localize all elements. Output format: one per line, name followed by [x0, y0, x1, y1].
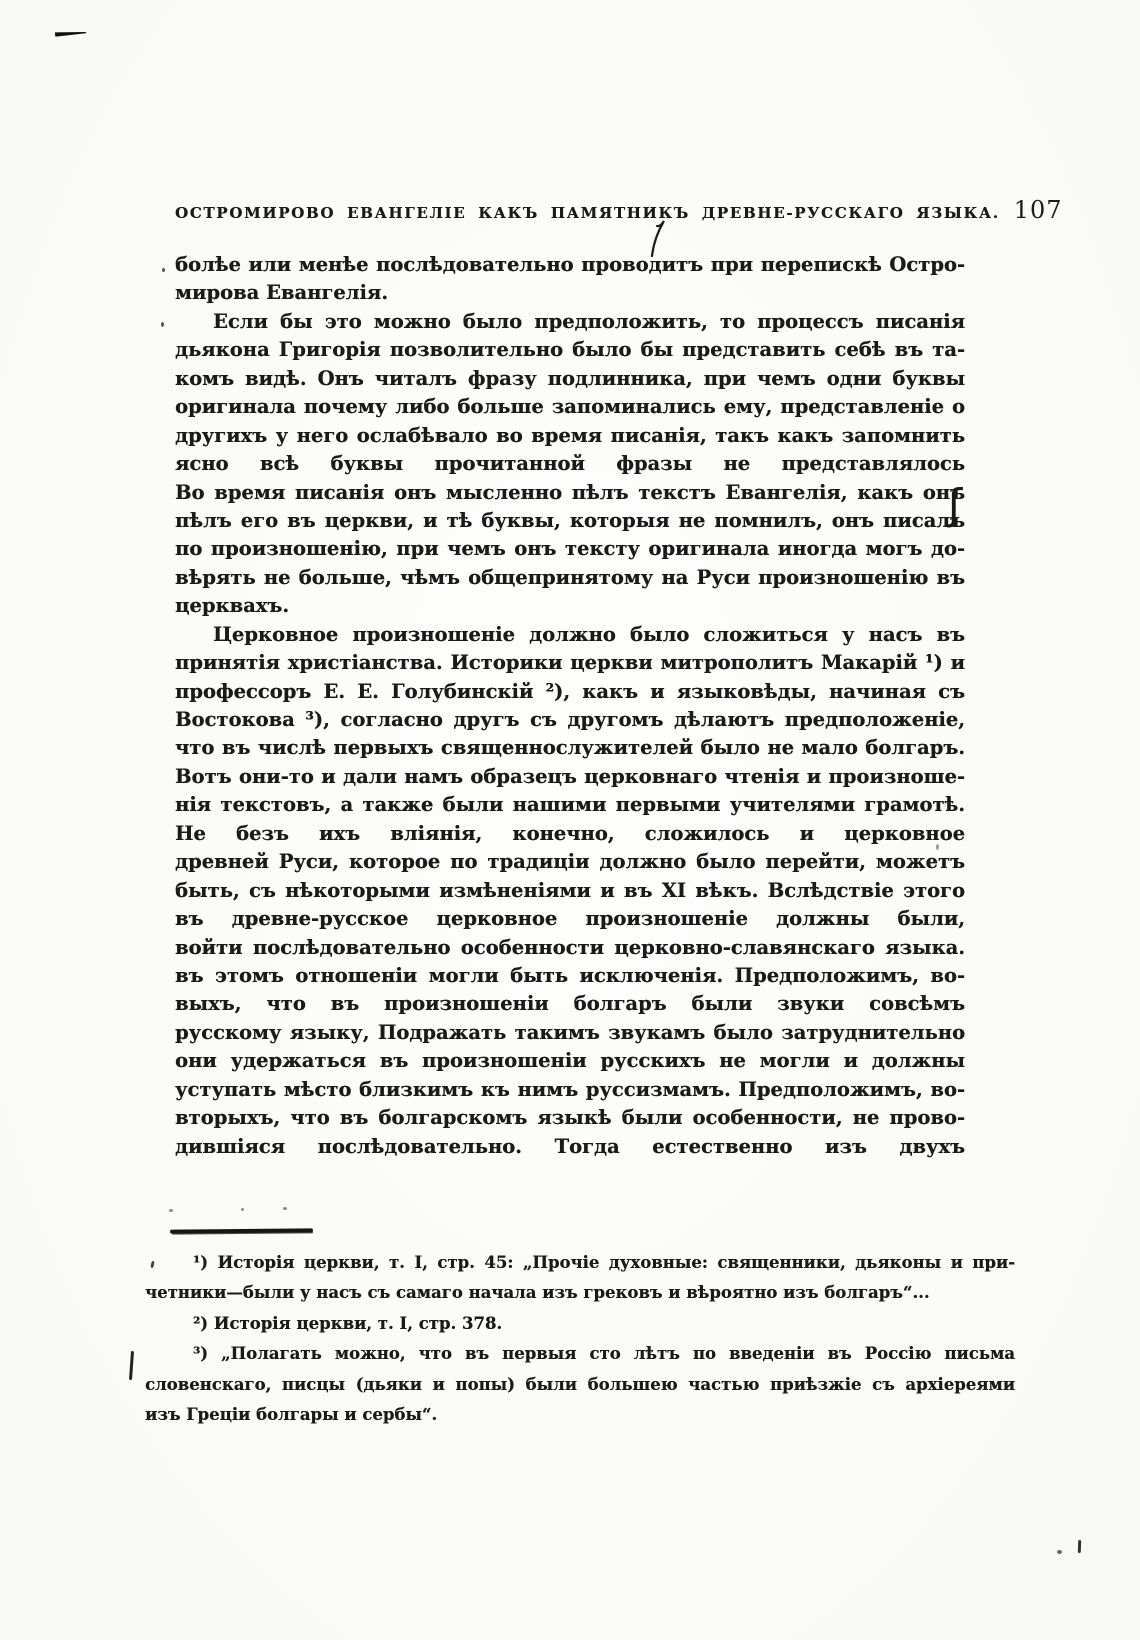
text-line: Не безъ ихъ вліянія, конечно, сложилось … — [175, 820, 965, 848]
pen-stroke-mark — [646, 218, 668, 258]
body-text: болѣе или менѣе послѣдовательно проводит… — [175, 251, 965, 1161]
text-line: Вотъ они-то и дали намъ образецъ церковн… — [175, 763, 965, 791]
running-header-title: ОСТРОМИРОВО ЕВАНГЕЛІЕ КАКЪ ПАМЯТНИКЪ ДРЕ… — [175, 204, 1000, 222]
margin-squiggle-mark: ʃ — [948, 484, 962, 526]
page-number: 107 — [1014, 196, 1063, 224]
footnote-line: словенскаго, писцы (дьяки и попы) были б… — [145, 1370, 1015, 1400]
text-line: древней Руси, которое по традиціи должно… — [175, 848, 965, 876]
text-line: вторыхъ, что въ болгарскомъ языкѣ были о… — [175, 1104, 965, 1132]
ink-speck — [1078, 1540, 1081, 1553]
handwritten-dash-mark — [55, 30, 86, 37]
text-line: дьякона Григорія позволительно было бы п… — [175, 336, 965, 364]
text-line: оригинала почему либо больше запоминалис… — [175, 393, 965, 421]
text-line: въ этомъ отношеніи могли быть исключенія… — [175, 962, 965, 990]
text-line: въ древне-русское церковное произношеніе… — [175, 905, 965, 933]
text-line: нія текстовъ, а также были нашими первым… — [175, 791, 965, 819]
ink-speck — [1057, 1550, 1062, 1554]
text-line: по произношенію, при чемъ онъ тексту ори… — [175, 535, 965, 563]
footnote-line: ²) Исторія церкви, т. I, стр. 378. — [145, 1309, 1015, 1339]
text-line: выхъ, что въ произношеніи болгаръ были з… — [175, 990, 965, 1018]
text-line: Востокова ³), согласно другъ съ другомъ … — [175, 706, 965, 734]
text-line: быть, съ нѣкоторыми измѣненіями и въ XI … — [175, 877, 965, 905]
text-line: другихъ у него ослабѣвало во время писан… — [175, 422, 965, 450]
text-line: Церковное произношеніе должно было сложи… — [175, 621, 965, 649]
footnote-line: изъ Греціи болгары и сербы“. — [145, 1400, 1015, 1430]
text-line: пѣлъ его въ церкви, и тѣ буквы, которыя … — [175, 507, 965, 535]
text-line: уступать мѣсто близкимъ къ нимъ руссизма… — [175, 1076, 965, 1104]
footnotes: ¹) Исторія церкви, т. I, стр. 45: „Прочі… — [145, 1248, 1015, 1430]
text-line: болѣе или менѣе послѣдовательно проводит… — [175, 251, 965, 279]
scanned-book-page: ОСТРОМИРОВО ЕВАНГЕЛІЕ КАКЪ ПАМЯТНИКЪ ДРЕ… — [0, 0, 1140, 1640]
ink-speck — [161, 322, 164, 327]
text-line: вѣрять не больше, чѣмъ общепринятому на … — [175, 564, 965, 592]
ink-speck — [283, 1207, 287, 1210]
footnote-line: ¹) Исторія церкви, т. I, стр. 45: „Прочі… — [145, 1248, 1015, 1278]
running-header: ОСТРОМИРОВО ЕВАНГЕЛІЕ КАКЪ ПАМЯТНИКЪ ДРЕ… — [175, 196, 965, 224]
text-line: они удержаться въ произношеніи русскихъ … — [175, 1047, 965, 1075]
text-line: принятія христіанства. Историки церкви м… — [175, 649, 965, 677]
text-line: русскому языку, Подражать такимъ звукамъ… — [175, 1019, 965, 1047]
margin-tick-mark — [129, 1351, 134, 1380]
text-line: мирова Евангелія. — [175, 279, 965, 307]
footnote-divider — [170, 1228, 313, 1233]
ink-speck — [936, 844, 939, 850]
ink-speck — [241, 1208, 244, 1211]
text-line: войти послѣдовательно особенности церков… — [175, 934, 965, 962]
text-line: что въ числѣ первыхъ священнослужителей … — [175, 734, 965, 762]
footnote-line: четники—были у насъ съ самаго начала изъ… — [145, 1278, 1015, 1308]
footnote-line: ³) „Полагать можно, что въ первыя сто лѣ… — [145, 1339, 1015, 1369]
text-line: церквахъ. — [175, 592, 965, 620]
text-line: комъ видѣ. Онъ читалъ фразу подлинника, … — [175, 365, 965, 393]
text-line: Во время писанія онъ мысленно пѣлъ текст… — [175, 479, 965, 507]
ink-speck — [162, 268, 165, 272]
text-line: Если бы это можно было предположить, то … — [175, 308, 965, 336]
ink-speck — [169, 1209, 173, 1212]
text-line: дившіяся послѣдовательно. Тогда естестве… — [175, 1133, 965, 1161]
text-line: ясно всѣ буквы прочитанной фразы не пред… — [175, 450, 965, 478]
text-line: профессоръ Е. Е. Голубинскій ²), какъ и … — [175, 678, 965, 706]
